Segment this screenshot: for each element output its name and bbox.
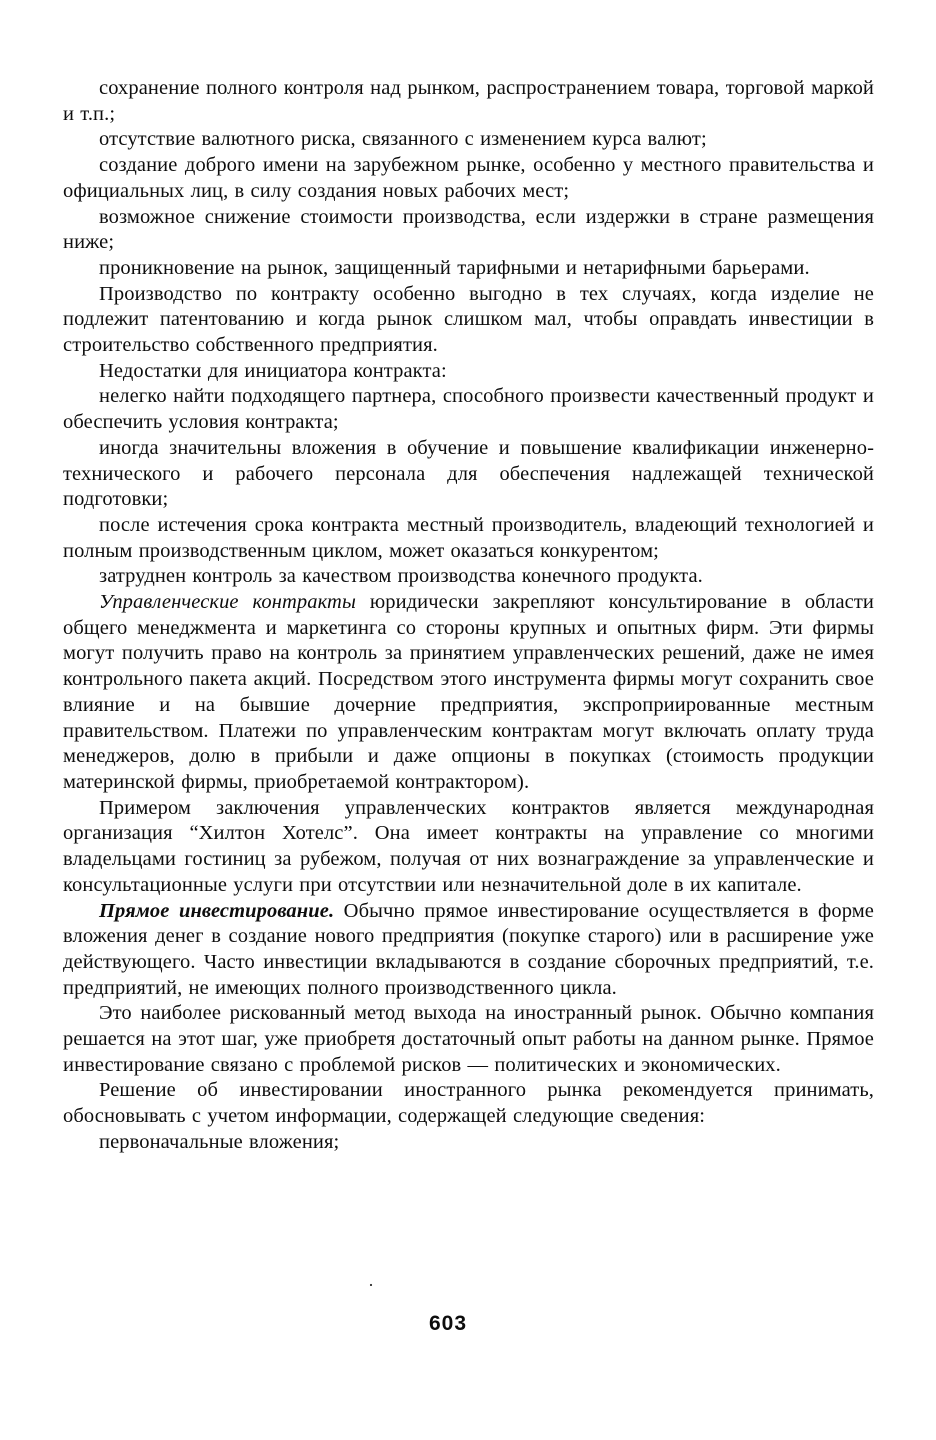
text-segment: юридически закрепляют консультирование в… — [63, 591, 874, 793]
text-segment: возможное снижение стоимости производств… — [63, 206, 874, 254]
scan-artifact-dot: · — [368, 1276, 374, 1294]
paragraph: после истечения срока контракта местный … — [63, 513, 874, 564]
paragraph: возможное снижение стоимости производств… — [63, 205, 874, 256]
paragraph: Управленческие контракты юридически закр… — [63, 590, 874, 796]
text-segment: Решение об инвестировании иностранного р… — [63, 1079, 874, 1127]
paragraph: Производство по контракту особенно выгод… — [63, 282, 874, 359]
text-segment: первоначальные вложения; — [99, 1131, 339, 1153]
text-segment: Производство по контракту особенно выгод… — [63, 283, 874, 356]
paragraph: Прямое инвестирование. Обычно прямое инв… — [63, 899, 874, 1002]
text-segment: сохранение полного контроля над рынком, … — [63, 77, 874, 125]
paragraph: Примером заключения управленческих контр… — [63, 796, 874, 899]
paragraph: нелегко найти подходящего партнера, спос… — [63, 384, 874, 435]
paragraph: сохранение полного контроля над рынком, … — [63, 76, 874, 127]
paragraph: Недостатки для инициатора контракта: — [63, 359, 874, 385]
paragraph: иногда значительны вложения в обучение и… — [63, 436, 874, 513]
text-segment: Недостатки для инициатора контракта: — [99, 360, 447, 382]
text-segment: создание доброго имени на зарубежном рын… — [63, 154, 874, 202]
text-block: сохранение полного контроля над рынком, … — [63, 76, 874, 1156]
emphasized-text-segment: Прямое инвестирование. — [99, 900, 344, 922]
scanned-book-page: сохранение полного контроля над рынком, … — [0, 0, 936, 1440]
text-segment: Примером заключения управленческих контр… — [63, 797, 874, 896]
text-segment: нелегко найти подходящего партнера, спос… — [63, 385, 874, 433]
paragraph: отсутствие валютного риска, связанного с… — [63, 127, 874, 153]
text-segment: отсутствие валютного риска, связанного с… — [99, 128, 707, 150]
paragraph: первоначальные вложения; — [63, 1130, 874, 1156]
paragraph: создание доброго имени на зарубежном рын… — [63, 153, 874, 204]
text-segment: после истечения срока контракта местный … — [63, 514, 874, 562]
text-segment: иногда значительны вложения в обучение и… — [63, 437, 874, 510]
page-number: 603 — [0, 1312, 916, 1336]
emphasized-text-segment: Управленческие контракты — [99, 591, 370, 613]
paragraph: затруднен контроль за качеством производ… — [63, 564, 874, 590]
text-segment: Это наиболее рискованный метод выхода на… — [63, 1002, 874, 1075]
paragraph: проникновение на рынок, защищенный тариф… — [63, 256, 874, 282]
paragraph: Это наиболее рискованный метод выхода на… — [63, 1001, 874, 1078]
text-segment: затруднен контроль за качеством производ… — [99, 565, 703, 587]
paragraph: Решение об инвестировании иностранного р… — [63, 1078, 874, 1129]
text-segment: проникновение на рынок, защищенный тариф… — [99, 257, 810, 279]
